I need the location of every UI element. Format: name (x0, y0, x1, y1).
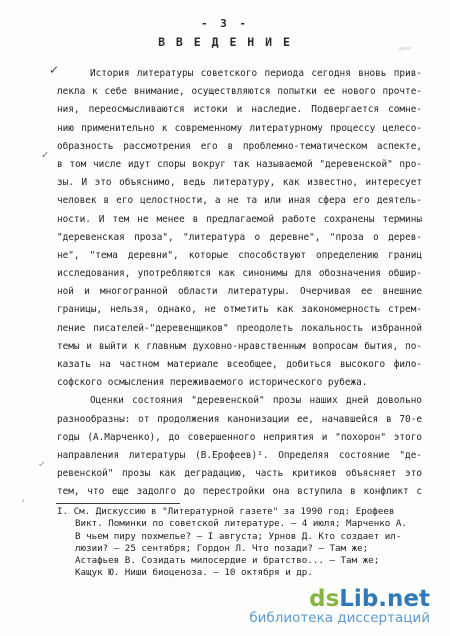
watermark-subtitle: библиотека диссертаций (249, 610, 430, 626)
pencil-checkmark-icon: ✓ (37, 460, 46, 471)
text-line: границы, нельзя, однако, не отметить как… (57, 301, 422, 319)
text-line: тем, что еще задолго до перестройки она … (57, 483, 422, 501)
text-line: Астафьев В. Созидать милосердие и братст… (57, 555, 427, 567)
text-line: Викт. Поминки по советской литературе. –… (57, 518, 427, 530)
pencil-checkmark-icon: ✓ (41, 150, 50, 161)
text-line: не", "тема деревни", которые способствую… (57, 247, 422, 265)
text-line: нию применительно к современному литерат… (57, 120, 422, 138)
pencil-tick-mark: ' (22, 499, 24, 509)
text-line: в том числе идут споры вокруг так называ… (57, 156, 422, 174)
text-line: люзии? – 25 сентября; Гордон Л. Что поза… (57, 543, 427, 555)
text-line: ности. И тем не менее в предлагаемой раб… (57, 211, 422, 229)
text-line: ление писателей-"деревенщиков" преодолет… (57, 320, 422, 338)
body-text-block: История литературы советского периода се… (57, 65, 422, 502)
text-line: темы и выйти к главным духовно-нравствен… (57, 338, 422, 356)
text-line: Кащук Ю. Ниши биоценоза. – 10 октября и … (57, 567, 427, 579)
text-line: ревенской" прозы как деградацию, часть к… (57, 465, 422, 483)
footnote-block: I. См. Дискуссию в "Литературной газете"… (57, 506, 427, 580)
text-line: ния, переосмысливаются истоки и наследие… (57, 101, 422, 119)
text-line: направления литературы (В.Ерофеев)¹. Опр… (57, 447, 422, 465)
text-line: человек в его целостности, а не та или и… (57, 192, 422, 210)
text-line: казать на частном материале всеобщее, до… (57, 356, 422, 374)
text-line: "деревенская проза", "литература о дерев… (57, 229, 422, 247)
text-line: зы. И это объяснимо, ведь литературу, ка… (57, 174, 422, 192)
text-line: образность рассмотрения его в проблемно-… (57, 138, 422, 156)
text-line: исследования, употребляются как синонимы… (57, 265, 422, 283)
watermark: dsLib.net библиотека диссертаций (249, 589, 430, 626)
text-line: I. См. Дискуссию в "Литературной газете"… (57, 506, 427, 518)
section-heading: В В Е Д Е Н И Е (0, 35, 450, 49)
text-line: Оценки состояния "деревенской" прозы наш… (57, 392, 422, 410)
text-line: В чьем пиру похмелье? – I августа; Урнов… (57, 531, 427, 543)
page-number: - 3 - (0, 17, 450, 30)
text-line: разнообразны: от продолжения канонизации… (57, 411, 422, 429)
watermark-brand-prefix: ds (309, 586, 339, 612)
scanned-document-page: - 3 - В В Е Д Е Н И Е ✓ ✓ ✓ ' История ли… (0, 0, 450, 636)
watermark-brand: dsLib.net (249, 589, 430, 609)
text-line: История литературы советского периода се… (57, 65, 422, 83)
text-line: лекла к себе внимание, осуществляются по… (57, 83, 422, 101)
footnote-separator-rule (56, 503, 180, 504)
text-line: годы (А.Марченко), до совершенного непри… (57, 429, 422, 447)
watermark-brand-suffix: Lib.net (339, 586, 430, 612)
text-line: софского осмысления переживаемого истори… (57, 374, 422, 392)
scan-smudge (399, 47, 411, 51)
text-line: ной и многогранной области литературы. О… (57, 283, 422, 301)
